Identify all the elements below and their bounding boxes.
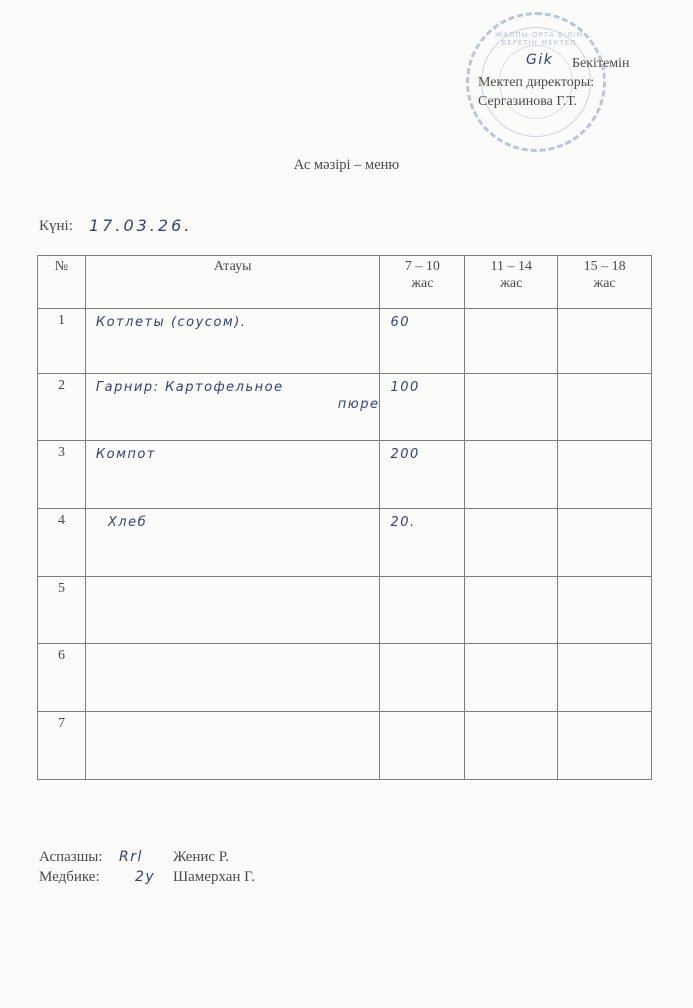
- row-number: 7: [38, 712, 86, 780]
- qty-7-10: 200: [380, 441, 465, 509]
- table-row: 3 Компот 200: [38, 441, 652, 509]
- director-name: Сергазинова Г.Т.: [478, 92, 630, 111]
- nurse-name: Шамерхан Г.: [173, 869, 255, 885]
- approval-block: Бекітемін Мектеп директоры: Сергазинова …: [478, 54, 630, 111]
- qty-15-18: [558, 374, 652, 441]
- table-row: 1 Котлеты (соусом). 60: [38, 309, 652, 374]
- table-row: 5: [38, 577, 652, 644]
- header-age-7-10: 7 – 10жас: [380, 256, 465, 309]
- row-number: 5: [38, 577, 86, 644]
- qty-11-14: [465, 309, 558, 374]
- date-label: Күні:: [39, 218, 73, 235]
- qty-7-10: [380, 644, 465, 712]
- dish-name: [85, 644, 380, 712]
- dish-name: Гарнир: Картофельноепюре: [85, 374, 380, 441]
- row-number: 4: [38, 509, 86, 577]
- nurse-signature-row: Медбике:2yШамерхан Г.: [39, 867, 255, 887]
- row-number: 3: [38, 441, 86, 509]
- row-number: 2: [38, 374, 86, 441]
- qty-11-14: [465, 509, 558, 577]
- qty-15-18: [558, 712, 652, 780]
- qty-15-18: [558, 441, 652, 509]
- table-row: 7: [38, 712, 652, 780]
- qty-11-14: [465, 644, 558, 712]
- row-number: 6: [38, 644, 86, 712]
- qty-11-14: [465, 441, 558, 509]
- cook-signature: Rrl: [119, 847, 173, 867]
- qty-7-10: [380, 712, 465, 780]
- header-name: Атауы: [85, 256, 380, 309]
- stamp-text: ЖАЛПЫ ОРТА БІЛІМ БЕРЕТІН МЕКТЕП: [489, 31, 589, 47]
- qty-15-18: [558, 644, 652, 712]
- cook-name: Женис Р.: [173, 849, 229, 865]
- signatures-block: Аспазшы:RrlЖенис Р. Медбике:2yШамерхан Г…: [39, 847, 255, 887]
- qty-7-10: 60: [380, 309, 465, 374]
- qty-7-10: [380, 577, 465, 644]
- dish-name: [85, 577, 380, 644]
- qty-11-14: [465, 577, 558, 644]
- approved-label: Бекітемін: [478, 54, 630, 73]
- table-row: 6: [38, 644, 652, 712]
- menu-table: № Атауы 7 – 10жас 11 – 14жас 15 – 18жас …: [37, 255, 652, 780]
- qty-15-18: [558, 577, 652, 644]
- qty-11-14: [465, 712, 558, 780]
- header-age-11-14: 11 – 14жас: [465, 256, 558, 309]
- title-text: Ас мәзірі – меню: [294, 157, 400, 173]
- table-row: 4 Хлеб 20.: [38, 509, 652, 577]
- qty-15-18: [558, 309, 652, 374]
- table-header-row: № Атауы 7 – 10жас 11 – 14жас 15 – 18жас: [38, 256, 652, 309]
- qty-7-10: 20.: [380, 509, 465, 577]
- dish-name: Компот: [85, 441, 380, 509]
- qty-15-18: [558, 509, 652, 577]
- header-number: №: [38, 256, 86, 309]
- header-age-15-18: 15 – 18жас: [558, 256, 652, 309]
- qty-11-14: [465, 374, 558, 441]
- dish-name: Хлеб: [85, 509, 380, 577]
- cook-label: Аспазшы:: [39, 847, 119, 867]
- cook-signature-row: Аспазшы:RrlЖенис Р.: [39, 847, 255, 867]
- date-value: 17.03.26.: [89, 216, 192, 235]
- document-title: Ас мәзірі – меню: [0, 157, 693, 174]
- dish-name: Котлеты (соусом).: [85, 309, 380, 374]
- director-position: Мектеп директоры:: [478, 73, 630, 92]
- nurse-label: Медбике:: [39, 867, 119, 887]
- table-row: 2 Гарнир: Картофельноепюре 100: [38, 374, 652, 441]
- qty-7-10: 100: [380, 374, 465, 441]
- dish-name: [85, 712, 380, 780]
- row-number: 1: [38, 309, 86, 374]
- nurse-signature: 2y: [119, 867, 173, 887]
